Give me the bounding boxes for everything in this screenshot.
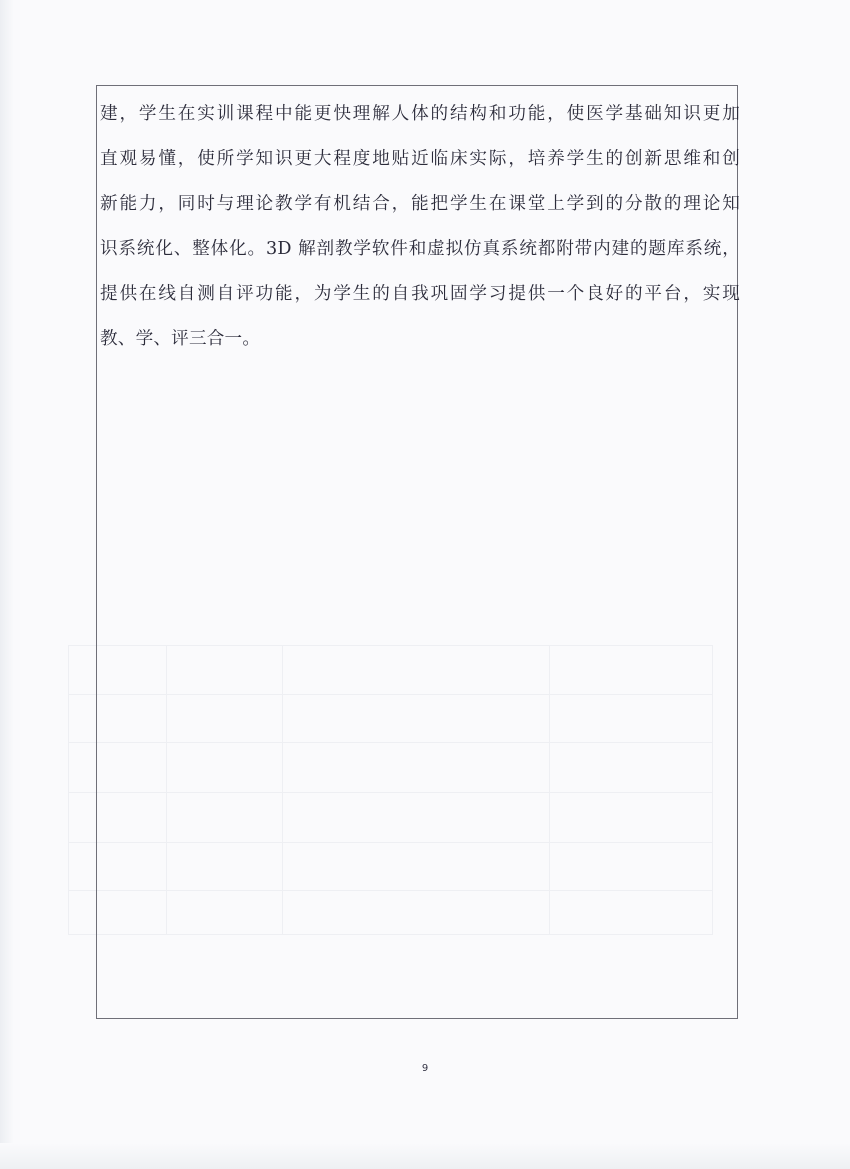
scan-edge-shadow: [0, 0, 14, 1169]
paragraph-line: 识系统化、整体化。3D 解剖教学软件和虚拟仿真系统都附带内建的题库系统，: [100, 227, 740, 272]
scan-bottom-shadow: [0, 1143, 850, 1169]
content-frame: 建，学生在实训课程中能更快理解人体的结构和功能，使医学基础知识更加 直观易懂，使…: [96, 85, 738, 1019]
body-paragraph: 建，学生在实训课程中能更快理解人体的结构和功能，使医学基础知识更加 直观易懂，使…: [100, 92, 740, 362]
paragraph-line: 提供在线自测自评功能，为学生的自我巩固学习提供一个良好的平台，实现: [100, 272, 740, 317]
page-number: 9: [0, 1063, 850, 1074]
paragraph-line: 教、学、评三合一。: [100, 317, 740, 362]
paragraph-line: 建，学生在实训课程中能更快理解人体的结构和功能，使医学基础知识更加: [100, 92, 740, 137]
paragraph-line: 新能力，同时与理论教学有机结合，能把学生在课堂上学到的分散的理论知: [100, 182, 740, 227]
paragraph-line: 直观易懂，使所学知识更大程度地贴近临床实际，培养学生的创新思维和创: [100, 137, 740, 182]
